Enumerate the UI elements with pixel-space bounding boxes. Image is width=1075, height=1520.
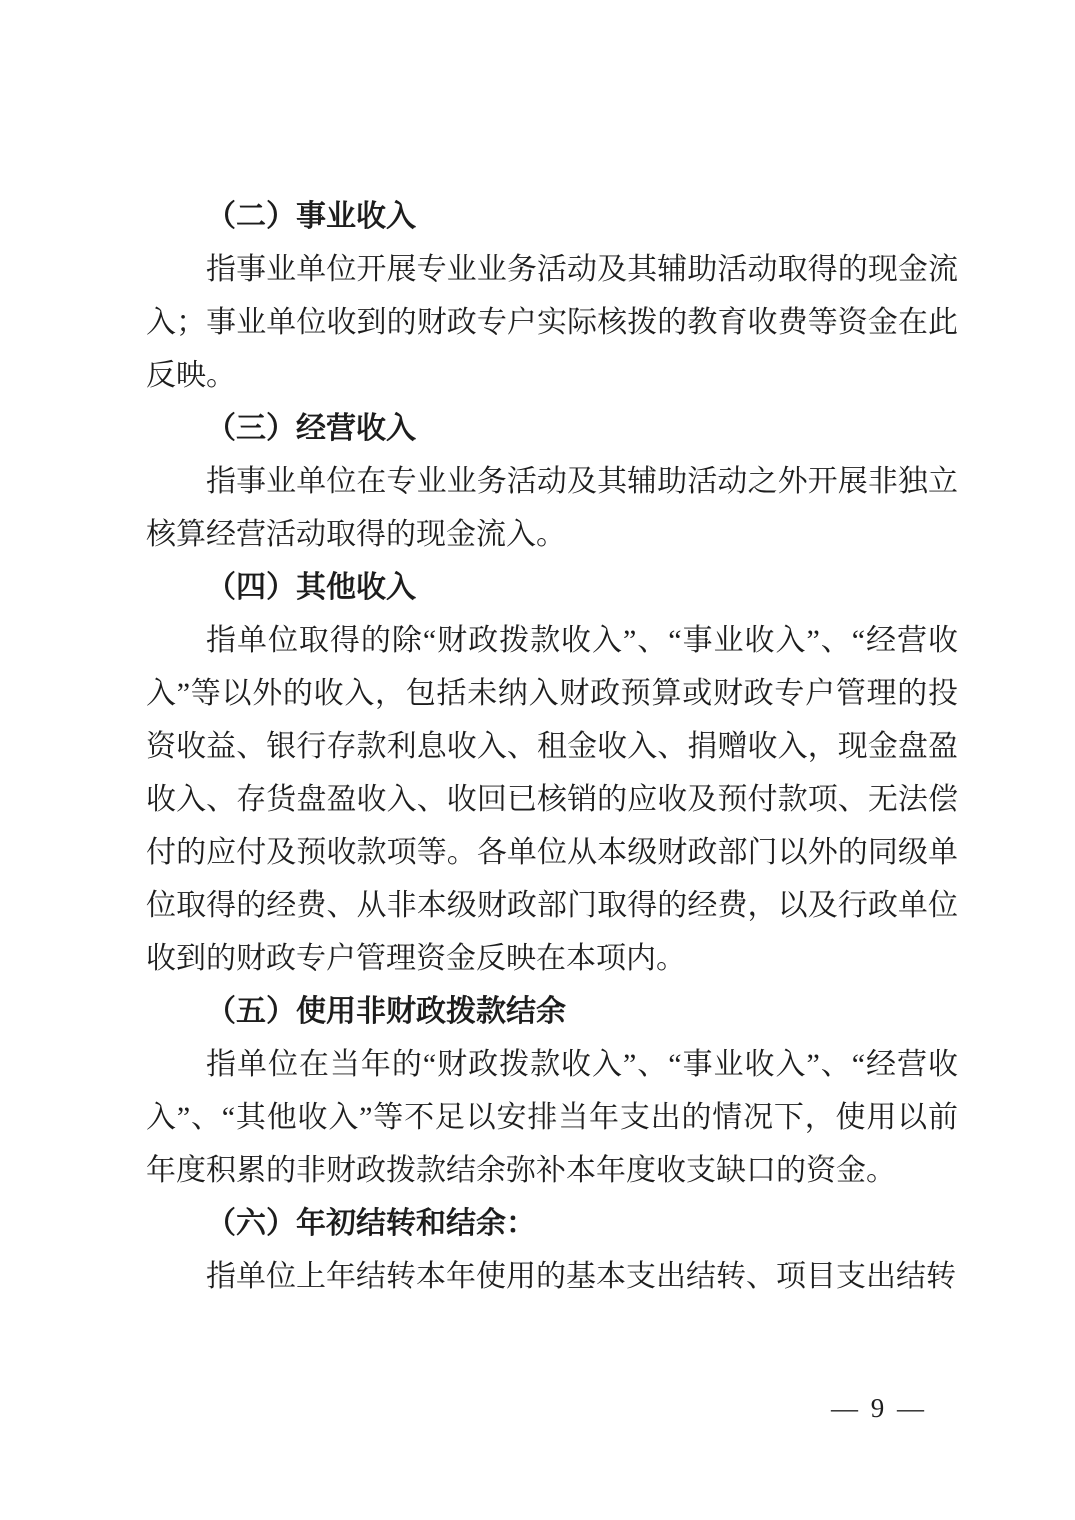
section-heading: （六）年初结转和结余： (146, 1197, 958, 1250)
section-other-income: （四）其他收入 指单位取得的除“财政拨款收入”、“事业收入”、“经营收入”等以外… (146, 561, 958, 985)
section-paragraph: 指单位取得的除“财政拨款收入”、“事业收入”、“经营收入”等以外的收入，包括未纳… (146, 614, 958, 985)
section-paragraph: 指事业单位在专业业务活动及其辅助活动之外开展非独立核算经营活动取得的现金流入。 (146, 455, 958, 561)
section-paragraph: 指单位在当年的“财政拨款收入”、“事业收入”、“经营收入”、“其他收入”等不足以… (146, 1038, 958, 1197)
section-operating-income: （三）经营收入 指事业单位在专业业务活动及其辅助活动之外开展非独立核算经营活动取… (146, 402, 958, 561)
section-heading: （二）事业收入 (146, 190, 958, 243)
document-page: （二）事业收入 指事业单位开展专业业务活动及其辅助活动取得的现金流入；事业单位收… (0, 0, 1075, 1520)
section-year-begin-carryover: （六）年初结转和结余： 指单位上年结转本年使用的基本支出结转、项目支出结转 (146, 1197, 958, 1303)
section-heading: （五）使用非财政拨款结余 (146, 985, 958, 1038)
page-number: — 9 — (831, 1393, 927, 1423)
section-heading: （四）其他收入 (146, 561, 958, 614)
section-paragraph: 指单位上年结转本年使用的基本支出结转、项目支出结转 (146, 1250, 958, 1303)
section-business-income: （二）事业收入 指事业单位开展专业业务活动及其辅助活动取得的现金流入；事业单位收… (146, 190, 958, 402)
section-heading: （三）经营收入 (146, 402, 958, 455)
section-paragraph: 指事业单位开展专业业务活动及其辅助活动取得的现金流入；事业单位收到的财政专户实际… (146, 243, 958, 402)
section-non-fiscal-surplus: （五）使用非财政拨款结余 指单位在当年的“财政拨款收入”、“事业收入”、“经营收… (146, 985, 958, 1197)
document-body: （二）事业收入 指事业单位开展专业业务活动及其辅助活动取得的现金流入；事业单位收… (146, 190, 958, 1303)
